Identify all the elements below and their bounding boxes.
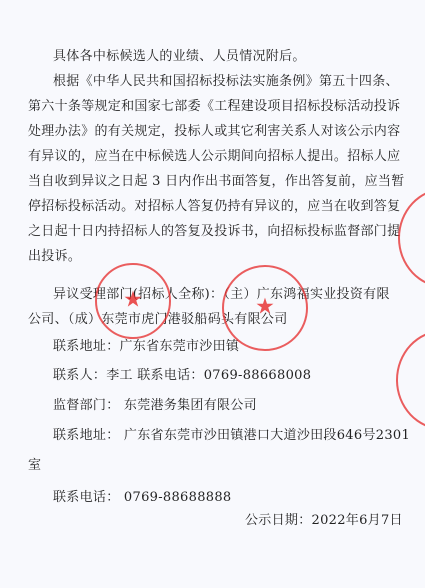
supervisor-address-line2: 室 xyxy=(28,458,41,474)
partial-seal-top xyxy=(398,188,425,288)
partial-seal-bottom xyxy=(396,330,425,430)
contact-address: 联系地址：广东省东莞市沙田镇 xyxy=(53,339,239,355)
company-seal-hongfu: ★ xyxy=(95,263,171,339)
publish-date: 公示日期：2022年6月7日 xyxy=(245,513,403,529)
supervisor-address-line1: 联系地址： 广东省东莞市沙田镇港口大道沙田段646号2301 xyxy=(53,428,410,444)
paragraph-text: 有异议的，应当在中标候选人公示期间向招标人提出。招标人应 xyxy=(28,149,400,165)
company-seal-humen-port: ★ xyxy=(222,265,308,351)
star-icon: ★ xyxy=(255,294,275,319)
paragraph-text: 停招标投标活动。对招标人答复仍持有异议的，应当在收到答复 xyxy=(28,199,400,215)
supervisor-dept: 监督部门： 东莞港务集团有限公司 xyxy=(53,398,257,414)
paragraph-text: 处理办法》的有关规定，投标人或其它利害关系人对该公示内容 xyxy=(28,124,400,140)
contact-person-phone: 联系人：李工 联系电话：0769-88668008 xyxy=(53,368,311,384)
supervisor-phone: 联系电话： 0769-88688888 xyxy=(53,490,231,506)
paragraph-attachments: 具体各中标候选人的业绩、人员情况附后。 xyxy=(53,49,306,65)
paragraph-text: 之日起十日内持招标人的答复及投诉书，向招标投标监督部门提 xyxy=(28,224,400,240)
document-page: 具体各中标候选人的业绩、人员情况附后。 根据《中华人民共和国招标投标法实施条例》… xyxy=(0,0,425,588)
paragraph-text: 出投诉。 xyxy=(28,249,81,265)
paragraph-text: 第六十条等规定和国家七部委《工程建设项目招标投标活动投诉 xyxy=(28,99,400,115)
star-icon: ★ xyxy=(123,287,143,312)
paragraph-text: 根据《中华人民共和国招标投标法实施条例》第五十四条、 xyxy=(53,74,399,90)
paragraph-text: 当自收到异议之日起 3 日内作出书面答复，作出答复前，应当暂 xyxy=(28,174,405,190)
